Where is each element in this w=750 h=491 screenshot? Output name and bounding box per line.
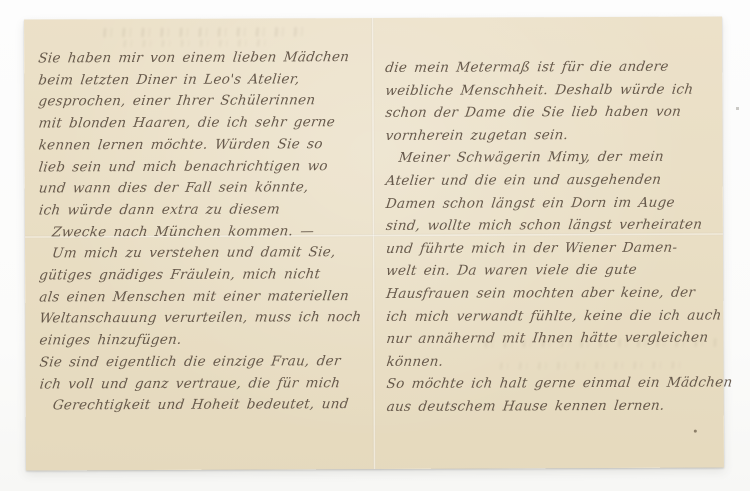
handwriting-line: welt ein. Da waren viele die gute xyxy=(385,259,722,283)
handwriting-line: und wann dies der Fall sein könnte, xyxy=(37,177,374,200)
handwriting-line: beim letzten Diner in Leo's Atelier, xyxy=(37,69,374,92)
handwriting-line: Gerechtigkeit und Hoheit bedeutet, und xyxy=(38,394,375,417)
handwriting-line: gesprochen, einer Ihrer Schülerinnen xyxy=(37,90,374,113)
handwriting-line: Damen schon längst ein Dorn im Auge xyxy=(384,191,721,215)
handwriting-line: Um mich zu verstehen und damit Sie, xyxy=(38,242,375,265)
handwriting-line: Hausfrauen sein mochten aber keine, der xyxy=(385,281,722,305)
handwriting-line: aus deutschem Hause kennen lernen. xyxy=(385,394,722,418)
handwriting-line: Atelier und die ein und ausgehenden xyxy=(384,168,721,192)
handwriting-line: ich mich verwandt fühlte, keine die ich … xyxy=(385,304,722,328)
handwriting-line: als einen Menschen mit einer materiellen xyxy=(38,286,375,309)
right-page-column: die mein Metermaß ist für die andereweib… xyxy=(385,55,721,418)
handwriting-line: sind, wollte mich schon längst verheirat… xyxy=(385,214,722,238)
handwriting-line: Weltanschauung verurteilen, muss ich noc… xyxy=(38,307,375,330)
handwriting-line: nur annähernd mit Ihnen hätte vergleiche… xyxy=(385,327,722,351)
scan-background: Sie haben mir von einem lieben Mädchenbe… xyxy=(0,0,750,491)
handwriting-line: Sie haben mir von einem lieben Mädchen xyxy=(37,47,374,70)
handwriting-line: gütiges gnädiges Fräulein, mich nicht xyxy=(38,264,375,287)
left-page-column: Sie haben mir von einem lieben Mädchenbe… xyxy=(38,47,374,417)
handwriting-line: weibliche Menschheit. Deshalb würde ich xyxy=(384,78,721,102)
handwriting-line: schon der Dame die Sie lieb haben von xyxy=(384,101,721,125)
handwriting-line: So möchte ich halt gerne einmal ein Mädc… xyxy=(385,372,722,396)
handwriting-line: lieb sein und mich benachrichtigen wo xyxy=(37,156,374,179)
handwriting-line: ich voll und ganz vertraue, die für mich xyxy=(38,373,375,396)
ink-showthrough-marks xyxy=(119,39,269,47)
scan-artifact-dot xyxy=(736,107,739,110)
handwriting-line: die mein Metermaß ist für die andere xyxy=(384,55,721,79)
handwriting-line: mit blonden Haaren, die ich sehr gerne xyxy=(37,112,374,135)
handwriting-line: ich würde dann extra zu diesem xyxy=(38,199,375,222)
handwriting-line: Meiner Schwägerin Mimy, der mein xyxy=(384,146,721,170)
handwriting-line: können. xyxy=(385,349,722,373)
handwriting-line: und führte mich in der Wiener Damen- xyxy=(385,236,722,260)
handwriting-line: vornherein zugetan sein. xyxy=(384,123,721,147)
handwriting-line: Zwecke nach München kommen. — xyxy=(38,221,375,244)
handwriting-line: einiges hinzufügen. xyxy=(38,329,375,352)
handwriting-line: kennen lernen möchte. Würden Sie so xyxy=(37,134,374,157)
letter-paper: Sie haben mir von einem lieben Mädchenbe… xyxy=(24,16,724,470)
handwriting-line: Sie sind eigentlich die einzige Frau, de… xyxy=(38,351,375,374)
ink-speck xyxy=(694,430,697,433)
ink-showthrough-marks xyxy=(99,27,304,37)
